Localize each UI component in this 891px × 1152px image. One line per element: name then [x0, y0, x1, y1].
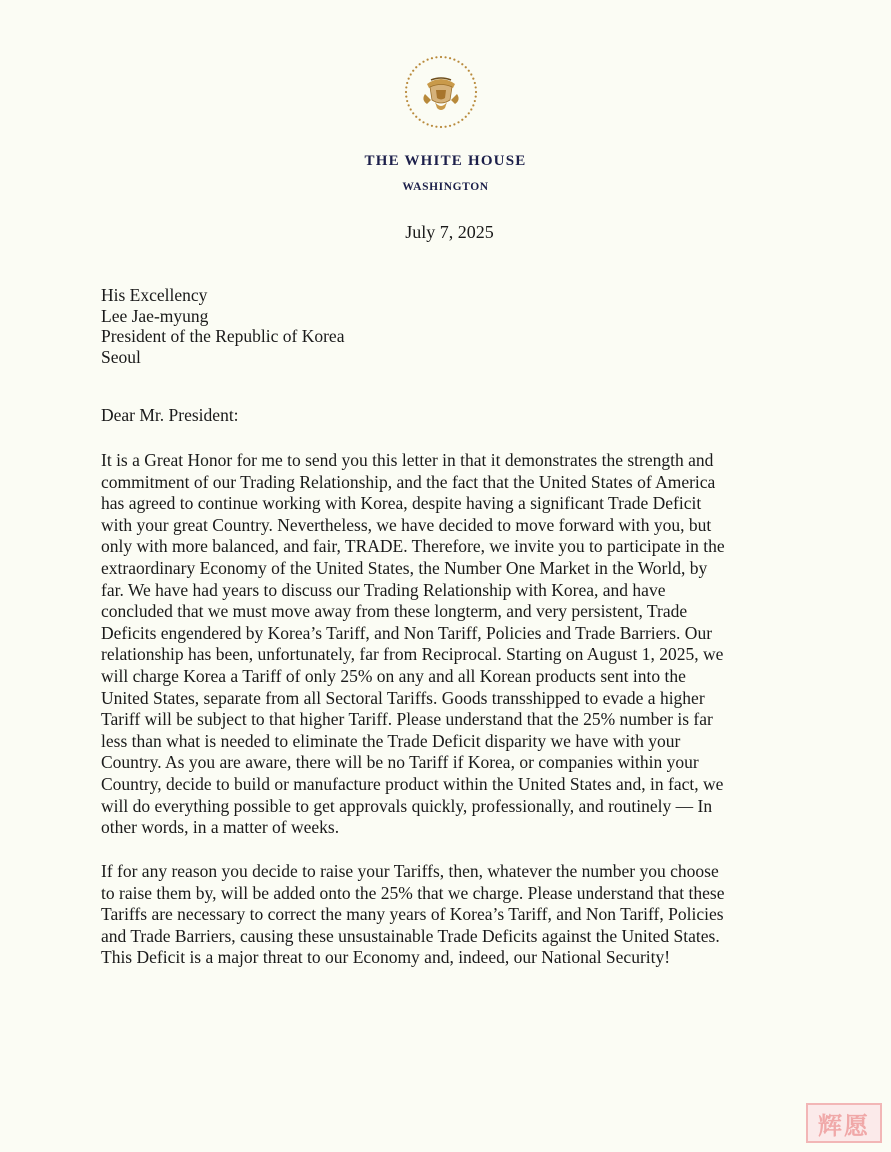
- body-line: Deficits engendered by Korea’s Tariff, a…: [101, 623, 801, 645]
- recipient-line: Lee Jae-myung: [101, 306, 344, 327]
- body-line: It is a Great Honor for me to send you t…: [101, 450, 801, 472]
- letter-page: THE WHITE HOUSE WASHINGTON July 7, 2025 …: [0, 0, 891, 1152]
- body-line: to raise them by, will be added onto the…: [101, 883, 801, 905]
- recipient-line: His Excellency: [101, 285, 344, 306]
- body-line: commitment of our Trading Relationship, …: [101, 472, 801, 494]
- presidential-seal-icon: [403, 54, 479, 130]
- body-line: extraordinary Economy of the United Stat…: [101, 558, 801, 580]
- body-line: only with more balanced, and fair, TRADE…: [101, 536, 801, 558]
- body-line: will do everything possible to get appro…: [101, 796, 801, 818]
- body-line: far. We have had years to discuss our Tr…: [101, 580, 801, 602]
- body-line: with your great Country. Nevertheless, w…: [101, 515, 801, 537]
- body-line: Tariff will be subject to that higher Ta…: [101, 709, 801, 731]
- seal-stamp-icon: 辉愿: [806, 1103, 882, 1143]
- letterhead-title: THE WHITE HOUSE: [0, 153, 891, 170]
- body-line: has agreed to continue working with Kore…: [101, 493, 801, 515]
- body-line: will charge Korea a Tariff of only 25% o…: [101, 666, 801, 688]
- body-line: Country, decide to build or manufacture …: [101, 774, 801, 796]
- body-paragraph-1: It is a Great Honor for me to send you t…: [101, 450, 801, 839]
- body-line: concluded that we must move away from th…: [101, 601, 801, 623]
- salutation: Dear Mr. President:: [101, 405, 239, 426]
- body-line: United States, separate from all Sectora…: [101, 688, 801, 710]
- recipient-address: His Excellency Lee Jae-myung President o…: [101, 285, 344, 368]
- body-line: This Deficit is a major threat to our Ec…: [101, 947, 801, 969]
- letterhead-subtitle: WASHINGTON: [0, 181, 891, 193]
- body-line: less than what is needed to eliminate th…: [101, 731, 801, 753]
- body-line: and Trade Barriers, causing these unsust…: [101, 926, 801, 948]
- body-paragraph-2: If for any reason you decide to raise yo…: [101, 861, 801, 969]
- letter-date: July 7, 2025: [0, 222, 891, 243]
- recipient-line: Seoul: [101, 347, 344, 368]
- body-line: Tariffs are necessary to correct the man…: [101, 904, 801, 926]
- body-line: If for any reason you decide to raise yo…: [101, 861, 801, 883]
- body-line: relationship has been, unfortunately, fa…: [101, 644, 801, 666]
- body-line: Country. As you are aware, there will be…: [101, 752, 801, 774]
- body-line: other words, in a matter of weeks.: [101, 817, 801, 839]
- recipient-line: President of the Republic of Korea: [101, 326, 344, 347]
